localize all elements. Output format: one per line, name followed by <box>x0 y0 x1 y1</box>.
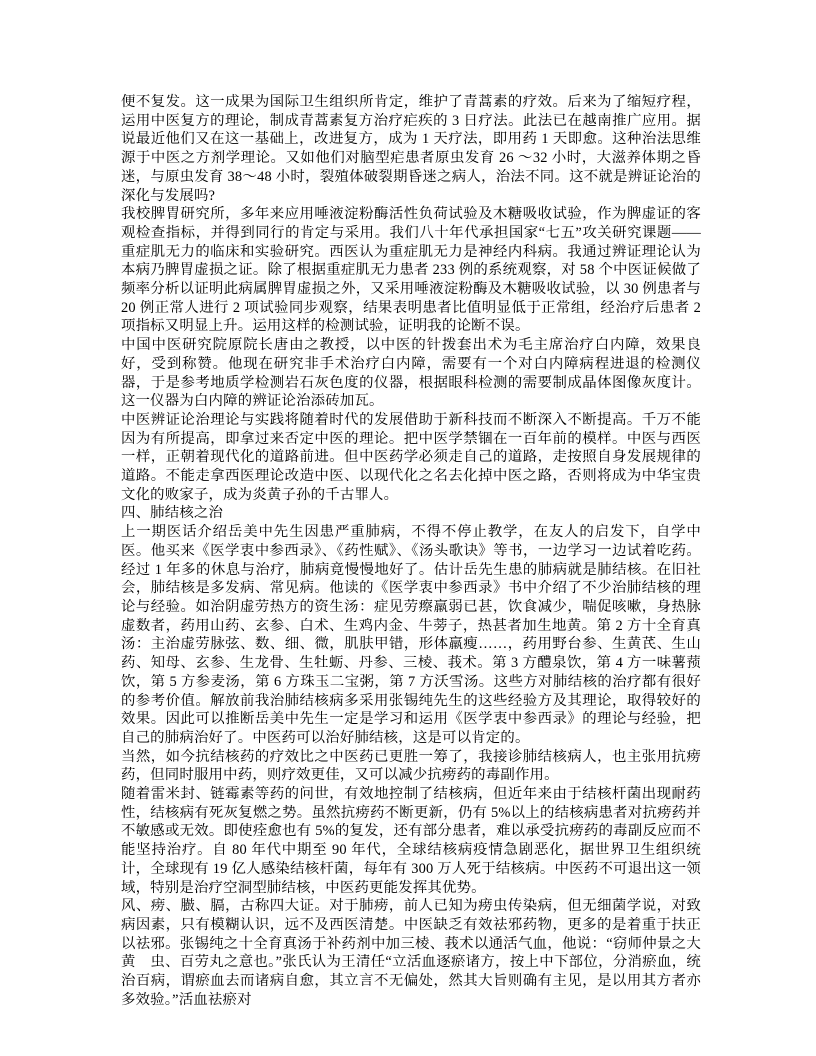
paragraph-four-great-syndromes: 风、痨、臌、膈，古称四大证。对于肺痨，前人已知为痨虫传染病，但无细菌学说，对致病… <box>121 897 701 1009</box>
text-column: 便不复发。这一成果为国际卫生组织所肯定，维护了青蒿素的疗效。后来为了缩短疗程，运… <box>121 93 701 1009</box>
paragraph-antituberculosis-drugs: 当然，如今抗结核药的疗效比之中医药已更胜一筹了，我接诊肺结核病人，也主张用抗痨药… <box>121 748 701 785</box>
paragraph-artemisinin-malaria: 便不复发。这一成果为国际卫生组织所肯定，维护了青蒿素的疗效。后来为了缩短疗程，运… <box>121 93 701 205</box>
document-page: 便不复发。这一成果为国际卫生组织所肯定，维护了青蒿素的疗效。后来为了缩短疗程，运… <box>0 0 816 1056</box>
paragraph-drug-resistance-epidemic: 随着雷米封、链霉素等药的问世，有效地控制了结核病，但近年来由于结核杆菌出现耐药性… <box>121 785 701 897</box>
paragraph-yue-meizhong-self-cure: 上一期医话介绍岳美中先生因患严重肺病，不得不停止教学，在友人的启发下，自学中医。… <box>121 523 701 747</box>
paragraph-tcm-modernization: 中医辨证论治理论与实践将随着时代的发展借助于新科技而不断深入不断提高。千万不能因… <box>121 411 701 505</box>
paragraph-spleen-stomach-research: 我校脾胃研究所，多年来应用唾液淀粉酶活性负荷试验及木糖吸收试验，作为脾虚证的客观… <box>121 205 701 336</box>
section-heading-tuberculosis: 四、肺结核之治 <box>121 504 701 523</box>
paragraph-cataract-instrument: 中国中医研究院原院长唐由之教授，以中医的针拨套出术为毛主席治疗白内障，效果良好，… <box>121 336 701 411</box>
